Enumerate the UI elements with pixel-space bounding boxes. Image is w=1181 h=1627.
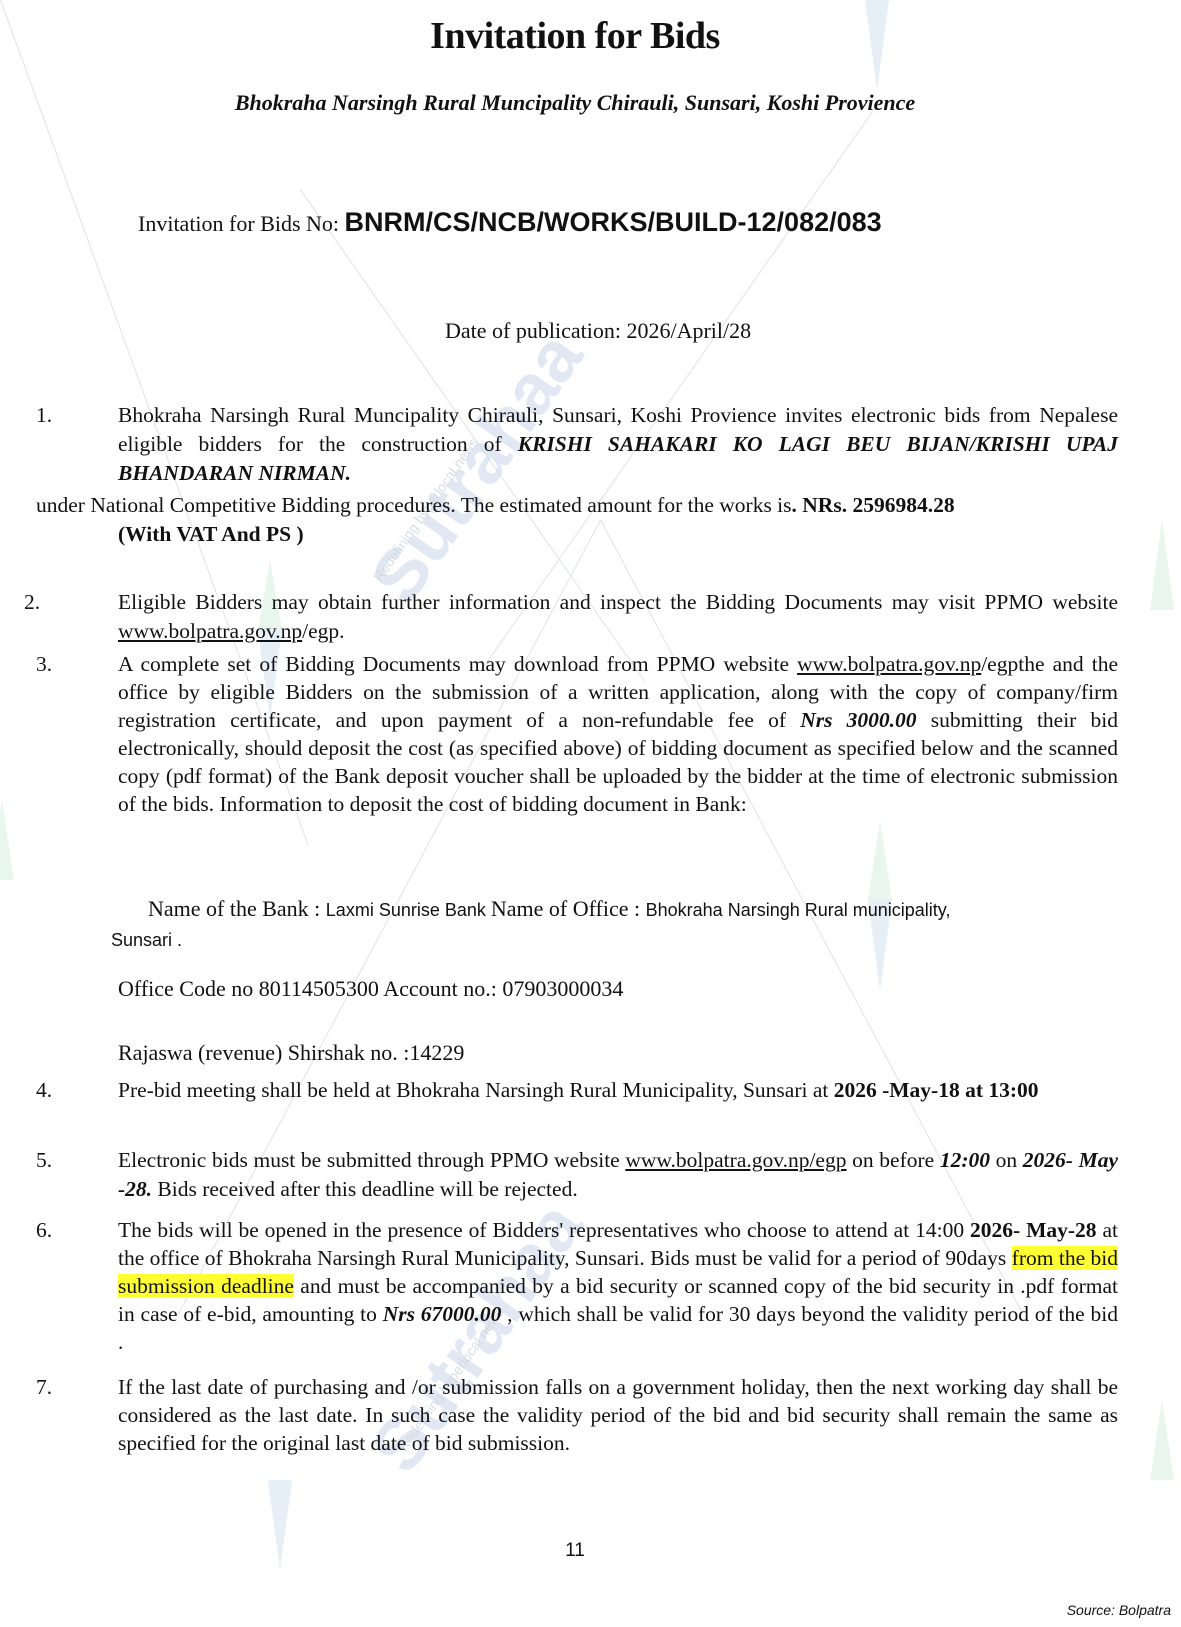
ifb-number-label: Invitation for Bids No: [138,211,345,236]
item-6-intro: The bids will be opened in the presence … [118,1218,970,1242]
office-name: Bhokraha Narsingh Rural municipality, [646,900,951,920]
watermark-arrow-icon [868,820,892,900]
source-credit: Source: Bolpatra [1067,1602,1171,1618]
item-5-intro: Electronic bids must be submitted throug… [118,1148,625,1172]
item-1-text: Bhokraha Narsingh Rural Muncipality Chir… [118,401,1118,488]
egp-link[interactable]: www.bolpatra.gov.np/egp [625,1148,846,1172]
item-number: 3. [36,650,52,679]
bolpatra-link[interactable]: www.bolpatra.gov.np [797,652,981,676]
item-5-suffix: Bids received after this deadline will b… [152,1177,578,1201]
watermark-arrow-icon [1150,520,1174,610]
item-5-text: Electronic bids must be submitted throug… [118,1146,1118,1204]
item-7-text: If the last date of purchasing and /or s… [118,1373,1118,1457]
ifb-number-line: Invitation for Bids No: BNRM/CS/NCB/WORK… [138,207,882,238]
document-title: Invitation for Bids [0,14,1150,58]
account-number: 07903000034 [502,976,623,1001]
item-4-text: Pre-bid meeting shall be held at Bhokrah… [36,1076,1118,1105]
estimated-amount: . NRs. 2596984.28 [792,493,955,517]
revenue-line: Rajaswa (revenue) Shirshak no. :14229 [118,1040,464,1066]
submission-time: 12:00 [940,1148,990,1172]
bank-name-line: Name of the Bank : Laxmi Sunrise Bank Na… [148,896,950,922]
item-6-validity: . Bids must be valid for a period of 90d… [639,1246,1011,1270]
publication-date-line: Date of publication: 2026/April/28 [445,318,751,344]
item-1-continuation: under National Competitive Bidding proce… [36,491,1118,549]
revenue-number: 14229 [409,1040,464,1065]
issuer-subtitle: Bhokraha Narsingh Rural Muncipality Chir… [0,90,1150,116]
item-3-text: A complete set of Bidding Documents may … [118,650,1118,818]
estimated-amount-note: (With VAT And PS ) [36,520,1118,549]
watermark-arrow-icon [0,800,14,880]
item-number: 6. [36,1216,52,1245]
publication-date: 2026/April/28 [626,318,751,343]
bolpatra-link[interactable]: www.bolpatra.gov.np [118,619,302,643]
item-number: 2. [24,588,40,617]
revenue-label: Rajaswa (revenue) Shirshak no. : [118,1040,409,1065]
item-5-before: on before [846,1148,939,1172]
item-6-text: The bids will be opened in the presence … [118,1216,1118,1356]
item-2-suffix: /egp. [302,619,344,643]
item-number: 5. [36,1146,52,1175]
office-label: Name of Office : [491,896,646,921]
bank-label: Name of the Bank : [148,896,326,921]
account-label: Account no.: [379,976,502,1001]
publication-date-label: Date of publication: [445,318,626,343]
office-code: 80114505300 [259,976,379,1001]
opening-date: 2026- May-28 [970,1218,1097,1242]
item-number: 1. [36,401,52,430]
watermark-arrow-icon [1150,1400,1174,1480]
document-fee: Nrs 3000.00 [800,708,916,732]
item-4-intro: Pre-bid meeting shall be held at Bhokrah… [36,1078,834,1102]
prebid-datetime: 2026 -May-18 at 13:00 [834,1078,1039,1102]
item-5-on: on [990,1148,1023,1172]
item-2-intro: Eligible Bidders may obtain further info… [118,590,1118,614]
bank-name: Laxmi Sunrise Bank [326,900,491,920]
item-3-intro: A complete set of Bidding Documents may … [118,652,797,676]
office-code-line: Office Code no 80114505300 Account no.: … [118,976,623,1002]
page-number: 11 [0,1540,1150,1562]
item-2-text: Eligible Bidders may obtain further info… [118,588,1118,646]
item-1-procedure: under National Competitive Bidding proce… [36,493,792,517]
item-number: 7. [36,1373,52,1402]
office-code-label: Office Code no [118,976,259,1001]
office-name-cont: Sunsari . [111,930,182,951]
ifb-number: BNRM/CS/NCB/WORKS/BUILD-12/082/083 [345,207,882,237]
bid-security-amount: Nrs 67000.00 [383,1302,502,1326]
